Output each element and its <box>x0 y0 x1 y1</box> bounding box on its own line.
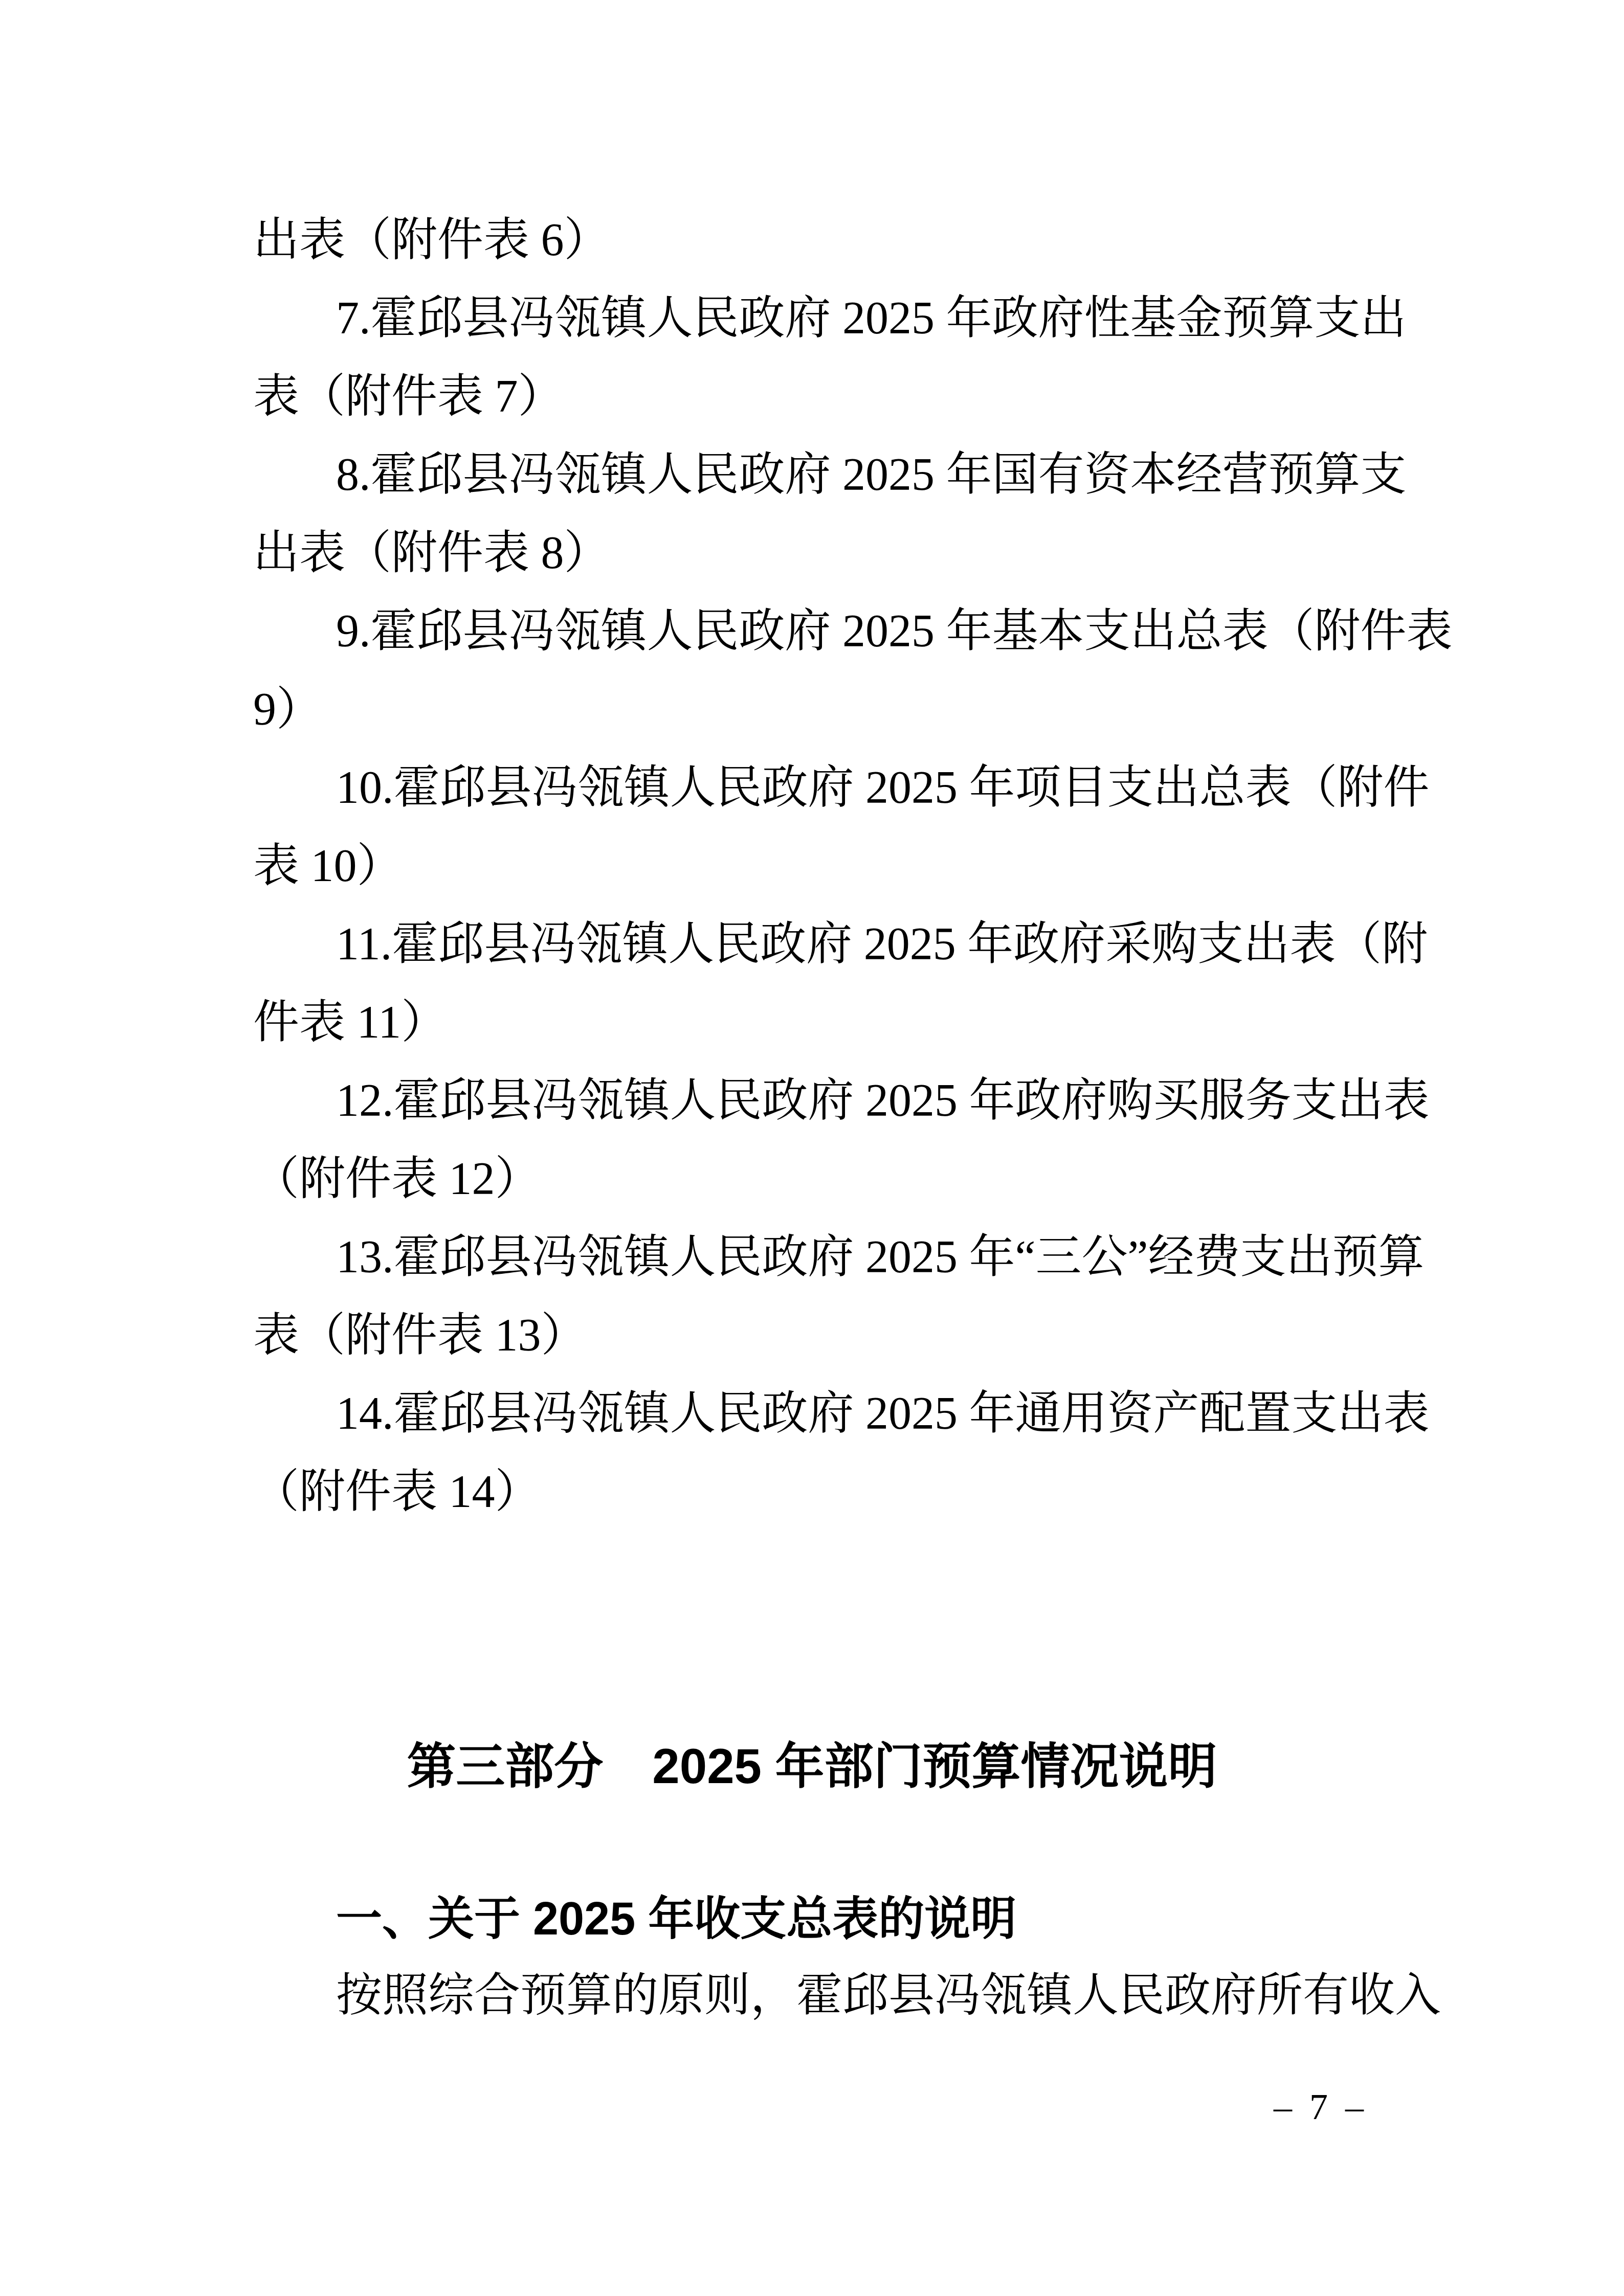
text-line: 14.霍邱县冯瓴镇人民政府 2025 年通用资产配置支出表 <box>336 1376 1430 1452</box>
text-line: 9） <box>253 671 322 748</box>
text-line: 8.霍邱县冯瓴镇人民政府 2025 年国有资本经营预算支 <box>336 437 1407 513</box>
text-line: 13.霍邱县冯瓴镇人民政府 2025 年“三公”经费支出预算 <box>336 1219 1424 1296</box>
subsection-heading: 一、关于 2025 年收支总表的说明 <box>336 1886 1016 1952</box>
text-line: 12.霍邱县冯瓴镇人民政府 2025 年政府购买服务支出表 <box>336 1063 1430 1139</box>
text-line: 出表（附件表 6） <box>253 202 610 279</box>
text-line: （附件表 12） <box>253 1141 541 1218</box>
paragraph-first-line: 按照综合预算的原则，霍邱县冯瓴镇人民政府所有收入 <box>336 1957 1441 2034</box>
text-line: 表 10） <box>253 828 403 905</box>
section-title: 第三部分 2025 年部门预算情况说明 <box>0 1731 1624 1803</box>
document-page: 出表（附件表 6）7.霍邱县冯瓴镇人民政府 2025 年政府性基金预算支出表（附… <box>0 0 1624 2296</box>
text-line: 出表（附件表 8） <box>253 515 610 592</box>
text-line: （附件表 14） <box>253 1454 541 1530</box>
text-line: 表（附件表 13） <box>253 1297 587 1374</box>
text-line: 表（附件表 7） <box>253 358 564 435</box>
page-number: – 7 – <box>1274 2085 1368 2128</box>
text-line: 7.霍邱县冯瓴镇人民政府 2025 年政府性基金预算支出 <box>336 280 1407 357</box>
text-line: 9.霍邱县冯瓴镇人民政府 2025 年基本支出总表（附件表 <box>336 593 1453 670</box>
text-line: 11.霍邱县冯瓴镇人民政府 2025 年政府采购支出表（附 <box>336 906 1428 983</box>
text-line: 件表 11） <box>253 984 447 1061</box>
text-line: 10.霍邱县冯瓴镇人民政府 2025 年项目支出总表（附件 <box>336 750 1430 826</box>
